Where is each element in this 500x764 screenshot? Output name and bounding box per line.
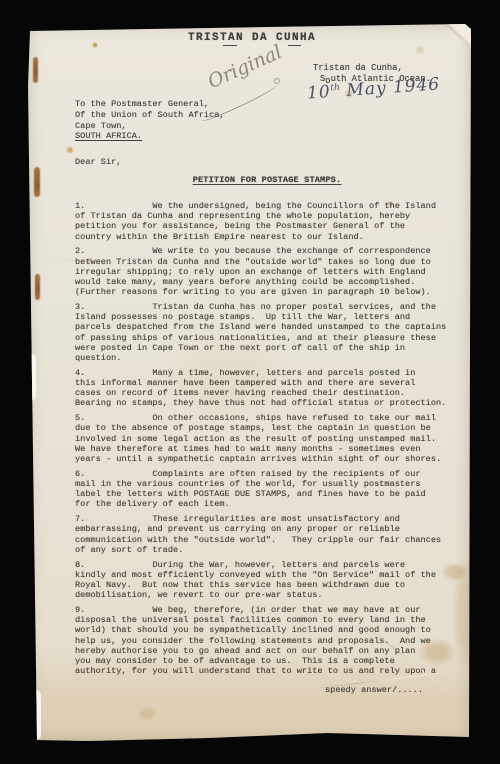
- paragraph-1: 1. We the undersigned, being the Council…: [75, 201, 465, 242]
- rust-stain: [35, 274, 40, 300]
- continuation-catchword: speedy answer/.....: [75, 685, 465, 695]
- paragraph-3: 3. Tristan da Cunha has no proper postal…: [75, 302, 465, 363]
- paper-edge-chip: [30, 690, 41, 740]
- rust-stain: [33, 57, 38, 83]
- rust-stain: [34, 167, 40, 197]
- letter-body: 1. We the undersigned, being the Council…: [75, 201, 465, 695]
- salutation: Dear Sir,: [75, 157, 121, 167]
- sender-line1: Tristan da Cunha,: [313, 63, 403, 73]
- title-underline-segment: [223, 45, 237, 46]
- photo-background: TRISTAN DA CUNHA Original Tristan da Cun…: [0, 0, 500, 764]
- paragraph-5: 5. On other occasions, ships have refuse…: [75, 413, 465, 464]
- petition-heading: PETITION FOR POSTAGE STAMPS.: [75, 175, 459, 185]
- recipient-line2: Of the Union of South Africa,: [75, 110, 225, 120]
- recipient-country: SOUTH AFRICA.: [75, 131, 142, 141]
- paragraph-6: 6. Complaints are often raised by the re…: [75, 469, 465, 510]
- paragraph-4: 4. Many a time, however, letters and par…: [75, 368, 465, 409]
- document-title: TRISTAN DA CUNHA: [33, 32, 471, 44]
- letter-page: TRISTAN DA CUNHA Original Tristan da Cun…: [27, 24, 471, 741]
- pencil-mark: [274, 78, 280, 84]
- paragraph-7: 7. These irregularities are most unsatis…: [75, 514, 465, 555]
- paper-edge-chip: [28, 354, 36, 400]
- handwritten-original-annotation: Original: [190, 35, 299, 100]
- recipient-address-block: To the Postmaster General,Of the Union o…: [75, 99, 225, 142]
- paragraph-2: 2. We write to you because the exchange …: [75, 246, 465, 297]
- paragraph-8: 8. During the War, however, letters and …: [75, 560, 465, 601]
- recipient-line1: To the Postmaster General,: [75, 99, 209, 109]
- paragraph-9: 9. We beg, therefore, (in order that we …: [75, 605, 465, 676]
- recipient-line3: Cape Town,: [75, 121, 127, 131]
